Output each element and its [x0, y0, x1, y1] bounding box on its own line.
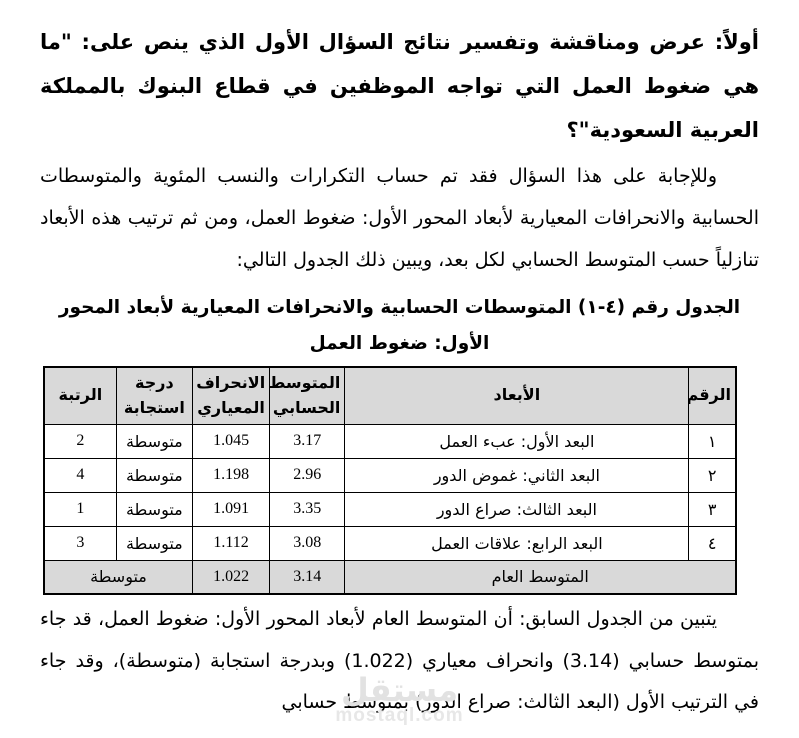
- column-header-rank: الرتبة: [44, 367, 116, 425]
- degree-cell: متوسطة: [116, 424, 192, 458]
- general-mean-cell: 3.14: [270, 560, 345, 594]
- stddev-cell: 1.045: [192, 424, 269, 458]
- row-number-cell: ٣: [689, 492, 736, 526]
- intro-paragraph: وللإجابة على هذا السؤال فقد تم حساب التك…: [40, 156, 759, 281]
- general-stddev-cell: 1.022: [192, 560, 269, 594]
- section-heading: أولاً: عرض ومناقشة وتفسير نتائج السؤال ا…: [40, 20, 759, 152]
- document-page: أولاً: عرض ومناقشة وتفسير نتائج السؤال ا…: [0, 0, 799, 724]
- column-header-stddev: الانحراف المعياري: [192, 367, 269, 425]
- row-number-cell: ١: [689, 424, 736, 458]
- table-caption: الجدول رقم (٤-١) المتوسطات الحسابية والا…: [40, 290, 759, 362]
- results-table: الرقم الأبعاد المتوسط الحسابي الانحراف ا…: [43, 366, 737, 595]
- closing-paragraph: يتبين من الجدول السابق: أن المتوسط العام…: [40, 599, 759, 724]
- mean-cell: 2.96: [270, 458, 345, 492]
- rank-cell: 2: [44, 424, 116, 458]
- table-row: ٢ البعد الثاني: غموض الدور 2.96 1.198 مت…: [44, 458, 736, 492]
- degree-cell: متوسطة: [116, 458, 192, 492]
- mean-cell: 3.17: [270, 424, 345, 458]
- column-header-number: الرقم: [689, 367, 736, 425]
- general-average-row: المتوسط العام 3.14 1.022 متوسطة: [44, 560, 736, 594]
- stddev-cell: 1.112: [192, 526, 269, 560]
- column-header-degree: درجة استجابة: [116, 367, 192, 425]
- mean-cell: 3.08: [270, 526, 345, 560]
- dimension-cell: البعد الرابع: علاقات العمل: [345, 526, 689, 560]
- header-row: الرقم الأبعاد المتوسط الحسابي الانحراف ا…: [44, 367, 736, 425]
- rank-cell: 4: [44, 458, 116, 492]
- stddev-cell: 1.091: [192, 492, 269, 526]
- column-header-mean: المتوسط الحسابي: [270, 367, 345, 425]
- degree-cell: متوسطة: [116, 526, 192, 560]
- row-number-cell: ٤: [689, 526, 736, 560]
- general-degree-cell: متوسطة: [44, 560, 192, 594]
- table-row: ٤ البعد الرابع: علاقات العمل 3.08 1.112 …: [44, 526, 736, 560]
- degree-cell: متوسطة: [116, 492, 192, 526]
- row-number-cell: ٢: [689, 458, 736, 492]
- dimension-cell: البعد الثالث: صراع الدور: [345, 492, 689, 526]
- stddev-cell: 1.198: [192, 458, 269, 492]
- general-average-label: المتوسط العام: [345, 560, 736, 594]
- dimension-cell: البعد الأول: عبء العمل: [345, 424, 689, 458]
- rank-cell: 3: [44, 526, 116, 560]
- column-header-dimension: الأبعاد: [345, 367, 689, 425]
- dimension-cell: البعد الثاني: غموض الدور: [345, 458, 689, 492]
- rank-cell: 1: [44, 492, 116, 526]
- mean-cell: 3.35: [270, 492, 345, 526]
- table-row: ١ البعد الأول: عبء العمل 3.17 1.045 متوس…: [44, 424, 736, 458]
- table-row: ٣ البعد الثالث: صراع الدور 3.35 1.091 مت…: [44, 492, 736, 526]
